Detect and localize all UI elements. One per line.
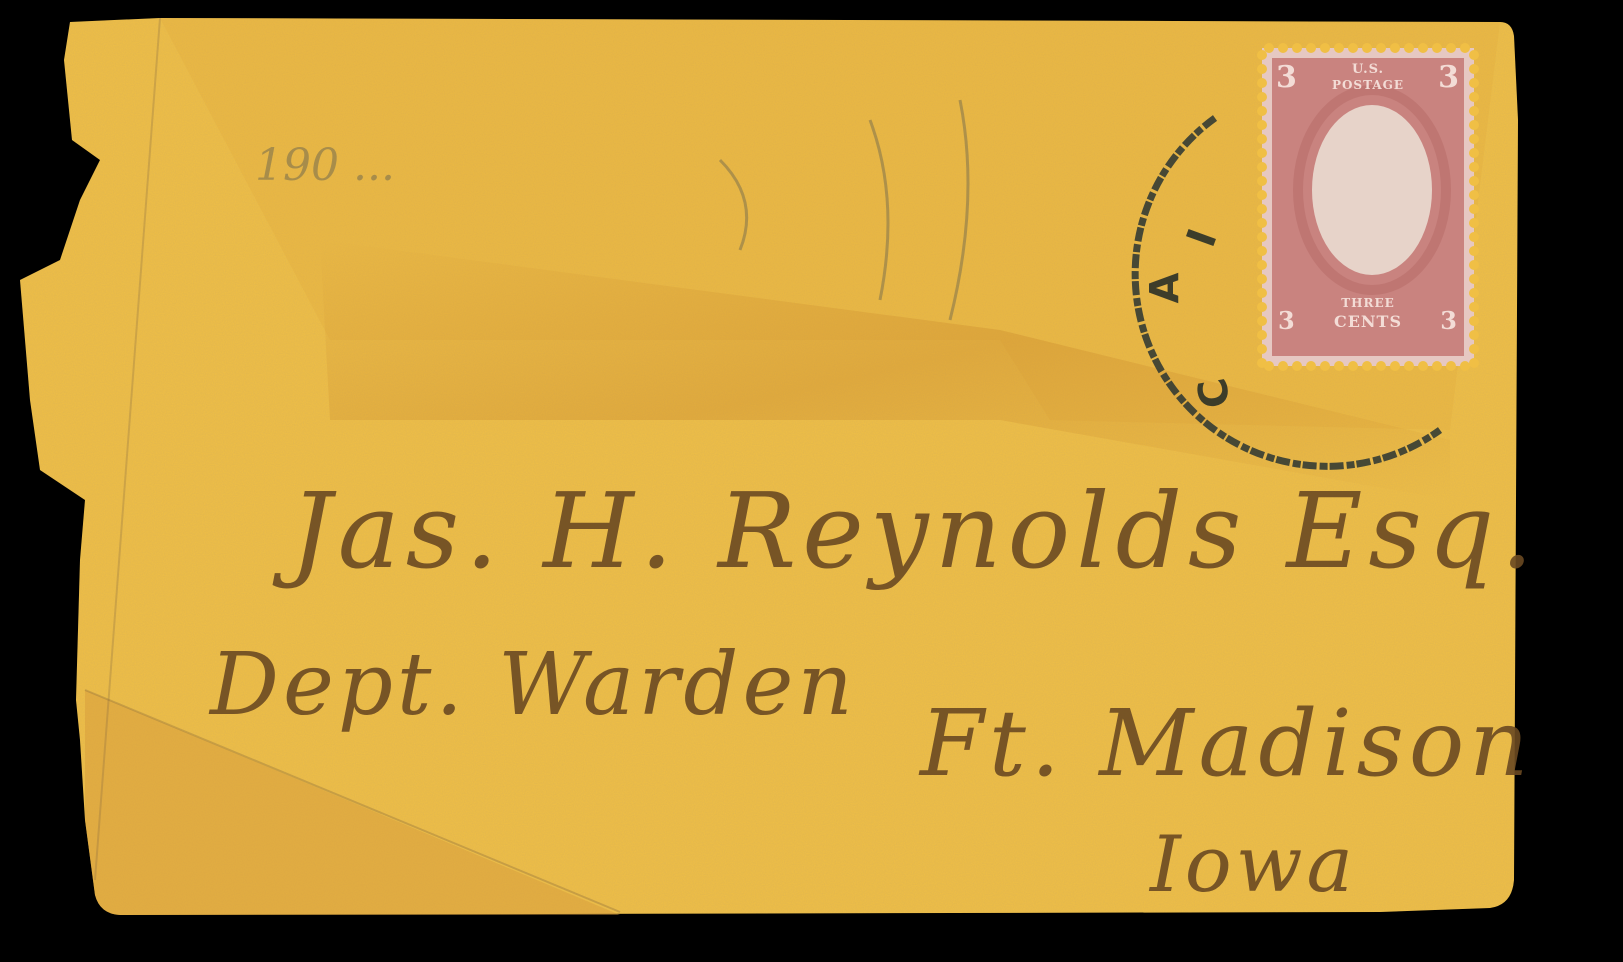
stamp-denomination-bottom-left: 3 xyxy=(1278,306,1296,335)
address-recipient: Jas. H. Reynolds Esq. xyxy=(290,470,1539,592)
envelope-photo: /* perforations drawn below */ 3 U.S. PO… xyxy=(0,0,1623,962)
stamp-denomination-top-right: 3 xyxy=(1438,60,1460,95)
address-title: Dept. Warden xyxy=(210,635,857,735)
stamp-denomination-bottom-right: 3 xyxy=(1440,306,1458,335)
address-state: Iowa xyxy=(1150,820,1357,910)
address-city: Ft. Madison xyxy=(920,690,1534,797)
postage-stamp: 3 U.S. POSTAGE 3 THREE CENTS 3 3 xyxy=(1262,48,1474,366)
pencil-notation: 190 ... xyxy=(255,140,395,191)
postmark-letter: A xyxy=(1142,273,1188,304)
